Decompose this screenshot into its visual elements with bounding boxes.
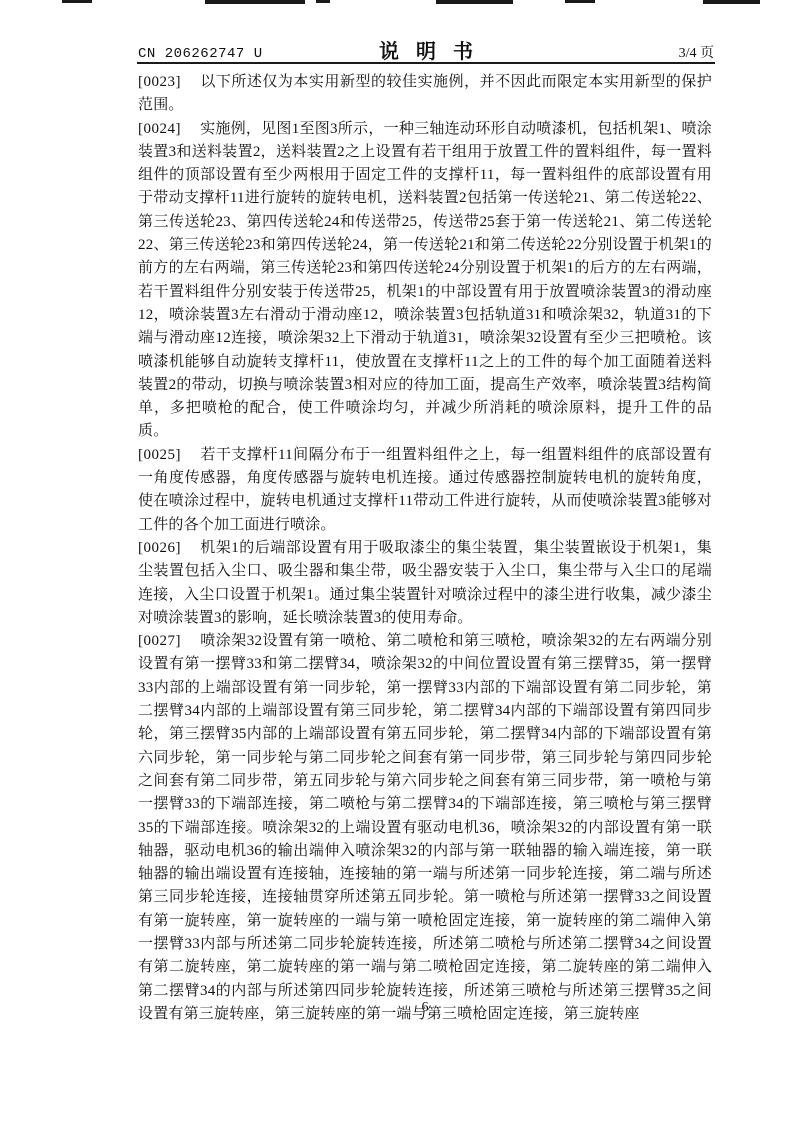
paragraph-label: [0027] xyxy=(138,630,200,653)
scan-artifact xyxy=(436,0,513,4)
paragraph-text: 机架1的后端部设置有用于吸取漆尘的集尘装置，集尘装置嵌设于机架1，集尘装置包括入… xyxy=(138,540,712,626)
patent-specification-page: CN 206262747 U 说明书 3/4 页 [0023]以下所述仅为本实用… xyxy=(0,0,800,1132)
scan-artifact xyxy=(703,0,760,4)
paragraph-label: [0023] xyxy=(138,71,200,94)
paragraph-label: [0025] xyxy=(138,444,200,467)
paragraph-label: [0024] xyxy=(138,118,200,141)
paragraph-0027: [0027]喷涂架32设置有第一喷枪、第二喷枪和第三喷枪，喷涂架32的左右两端分… xyxy=(138,630,712,1026)
scan-artifact xyxy=(316,0,330,3)
document-title: 说明书 xyxy=(362,35,490,64)
page-number: 6 xyxy=(422,1000,429,1015)
paragraph-0024: [0024]实施例，见图1至图3所示，一种三轴连动环形自动喷漆机，包括机架1、喷… xyxy=(138,118,712,444)
page-indicator: 3/4 页 xyxy=(679,42,714,62)
paragraph-text: 喷涂架32设置有第一喷枪、第二喷枪和第三喷枪，喷涂架32的左右两端分别设置有第一… xyxy=(138,633,712,1022)
page-footer: 6 xyxy=(138,1000,712,1016)
paragraph-0023: [0023]以下所述仅为本实用新型的较佳实施例，并不因此而限定本实用新型的保护范… xyxy=(138,71,712,118)
scan-artifact xyxy=(205,0,305,4)
scan-artifact xyxy=(62,0,92,3)
paragraph-text: 实施例，见图1至图3所示，一种三轴连动环形自动喷漆机，包括机架1、喷涂装置3和送… xyxy=(138,121,712,440)
paragraph-text: 若干支撑杆11间隔分布于一组置料组件之上，每一组置料组件的底部设置有一角度传感器… xyxy=(138,447,712,533)
patent-number: CN 206262747 U xyxy=(138,46,263,62)
paragraph-0025: [0025]若干支撑杆11间隔分布于一组置料组件之上，每一组置料组件的底部设置有… xyxy=(138,444,712,537)
page-header: CN 206262747 U 说明书 3/4 页 xyxy=(138,40,714,64)
header-divider xyxy=(137,62,715,64)
paragraph-0026: [0026]机架1的后端部设置有用于吸取漆尘的集尘装置，集尘装置嵌设于机架1，集… xyxy=(138,537,712,630)
paragraph-label: [0026] xyxy=(138,537,200,560)
paragraph-text: 以下所述仅为本实用新型的较佳实施例，并不因此而限定本实用新型的保护范围。 xyxy=(138,74,712,113)
specification-body: [0023]以下所述仅为本实用新型的较佳实施例，并不因此而限定本实用新型的保护范… xyxy=(138,71,712,1026)
scan-artifact xyxy=(565,0,595,3)
